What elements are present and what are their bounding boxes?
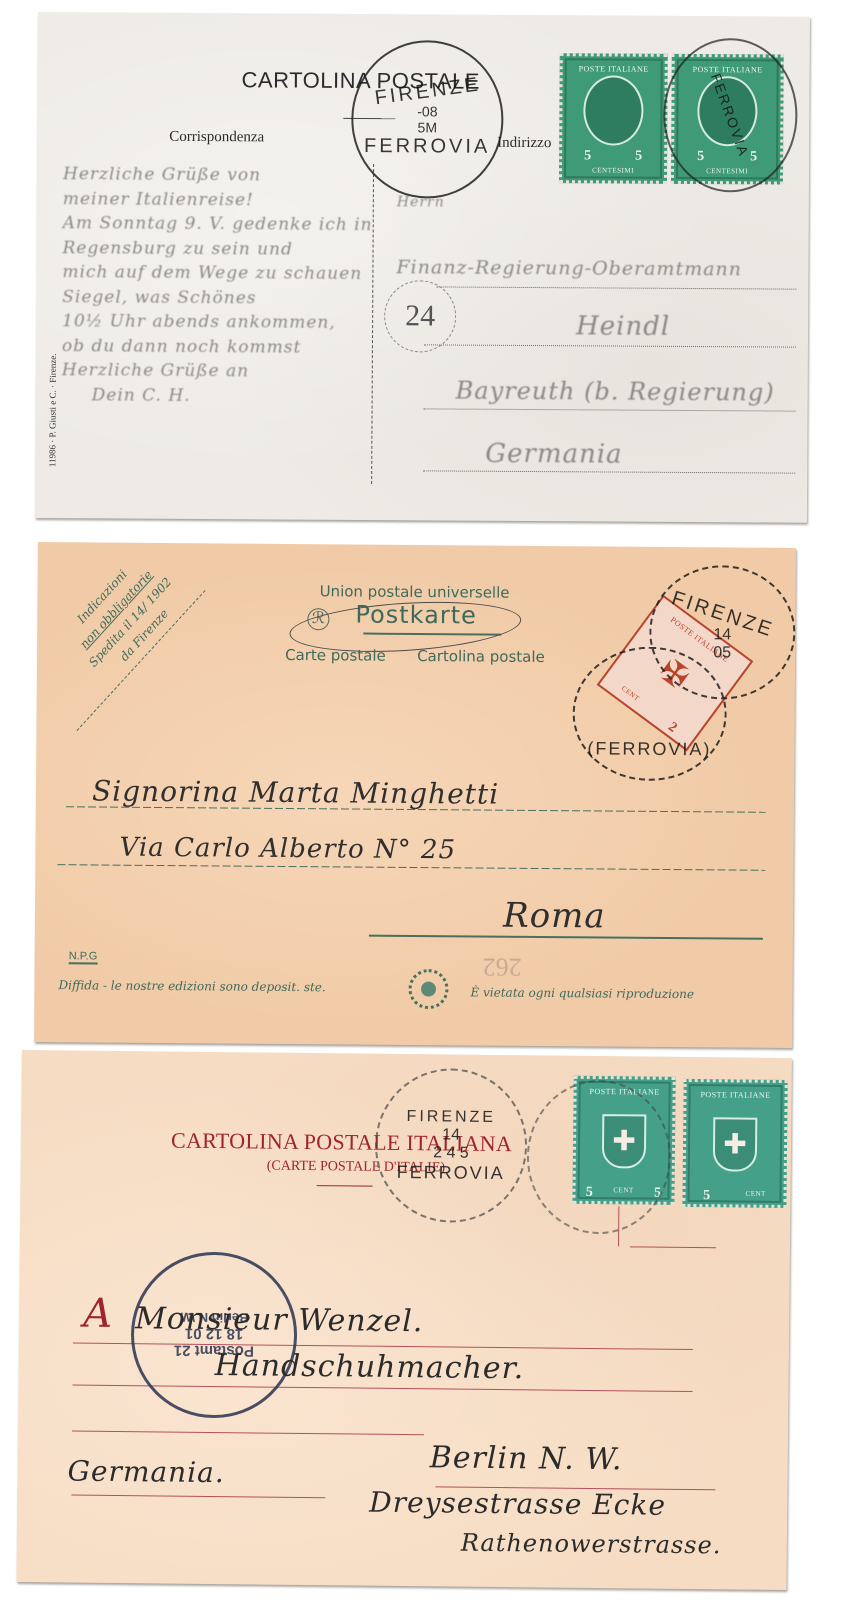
postmark-firenze-ferrovia: FIRENZE 14 2 4 5 FERROVIA (374, 1068, 528, 1224)
publisher-imprint: 11986 · P. Giusti e C. · Firenze. (47, 353, 58, 467)
stamp-box-rule (630, 1246, 716, 1248)
postmark-year: 05 (713, 644, 731, 662)
savoy-cross-icon: ✚ (713, 1117, 758, 1171)
address-line: Germania (485, 439, 622, 470)
country-line: Germania. (67, 1455, 224, 1490)
address-prefix: A (83, 1291, 113, 1337)
address-line: Finanz-Regierung-Oberamtmann (396, 256, 742, 280)
postmark-firenze-ferrovia: FIRENZE -08 5M FERROVIA (351, 40, 504, 199)
address-line: Berlin N. W. (430, 1440, 623, 1477)
stamp-box-rule (618, 1206, 619, 1246)
address-line: Rathenowerstrasse. (461, 1529, 722, 1560)
stamp-footer: CENT (746, 1190, 766, 1198)
postcard-1-cartolina-postale: CARTOLINA POSTALE Corrispondenza Indiriz… (35, 12, 810, 523)
portrait-icon (583, 76, 643, 146)
postmark-time: 2 4 5 (433, 1144, 469, 1162)
postage-stamp: POSTE ITALIANE 5 5 CENTESIMI (559, 53, 668, 184)
message-line: Regensburg zu sein und (62, 236, 382, 262)
message-line: meiner Italienreise! (63, 187, 383, 213)
address-dotted-line (436, 286, 796, 289)
postage-stamp-savoy: POSTE ITALIANE ✚ 5 CENT (682, 1079, 787, 1208)
message-line: Herzliche Grüße an (62, 358, 382, 384)
postmark-station: FERROVIA (364, 135, 490, 159)
stamp-value: 5 (635, 148, 642, 164)
address-line: Via Carlo Alberto N° 25 (119, 833, 456, 866)
address-dotted-line (424, 344, 796, 347)
publisher-seal-icon (408, 969, 448, 1009)
message-line: Herzliche Grüße von (63, 162, 383, 188)
stamp-value: 5 (584, 148, 591, 164)
address-line: Handschuhmacher. (215, 1348, 525, 1386)
address-rule (71, 1495, 325, 1499)
postmark-on-stamp: FERROVIA (663, 38, 798, 193)
postmark-date: 14 (442, 1126, 460, 1144)
address-label: Indirizzo (497, 135, 551, 152)
handwritten-message: Herzliche Grüße von meiner Italienreise!… (62, 162, 383, 409)
address-line: Bayreuth (b. Regierung) (456, 377, 775, 407)
address-line: Signorina Marta Minghetti (92, 774, 499, 810)
postmark-station: FERROVIA (708, 71, 753, 159)
message-line: ob du dann noch kommst (62, 334, 382, 360)
cartolina-postale-label: Cartolina postale (417, 647, 545, 666)
stamp-header: POSTE ITALIANE (700, 1090, 770, 1100)
publisher-mark: N.P.G (69, 950, 98, 964)
postmark-station: FERROVIA (397, 1161, 505, 1183)
postcard-3-cartolina-postale-italiana: CARTOLINA POSTALE ITALIANA (CARTE POSTAL… (16, 1050, 792, 1590)
postmark-date: -08 (417, 103, 437, 119)
message-line: 10½ Uhr abends ankommen, (62, 309, 382, 335)
copyright-notice: Diffida - le nostre edizioni sono deposi… (58, 978, 325, 994)
union-postale-heading: Union postale universelle (320, 582, 510, 601)
address-line: Dreysestrasse Ecke (369, 1486, 666, 1522)
receiving-mark: 24 (384, 280, 456, 352)
postmark-second (526, 1079, 672, 1234)
faint-number-stamp: 262 (483, 952, 522, 982)
sender-notes: Indicazioni non obbligatorie Spedita il … (38, 528, 278, 768)
postmark-ferrovia: (FERROVIA) (572, 646, 727, 781)
address-line: Roma (503, 896, 606, 937)
stamp-value: 5 (703, 1188, 710, 1204)
postmark-station: (FERROVIA) (587, 738, 711, 760)
stamp-header: POSTE ITALIANE (579, 64, 649, 73)
address-rule (57, 864, 765, 871)
carte-postale-label: Carte postale (285, 646, 386, 665)
postmark-time: 5M (418, 119, 438, 135)
postmark-city: FIRENZE (406, 1108, 496, 1127)
address-line: Heindl (576, 311, 670, 342)
postcard-2-postkarte: Indicazioni non obbligatorie Spedita il … (34, 542, 796, 1048)
address-rule (72, 1431, 424, 1436)
stamp-footer: CENTESIMI (592, 166, 634, 174)
title-underline (317, 1185, 373, 1187)
message-line: Dein C. H. (62, 383, 382, 409)
reproduction-notice: È vietata ogni qualsiasi riproduzione (470, 985, 694, 1001)
address-line: Monsieur Wenzel. (135, 1301, 424, 1339)
address-dotted-line (423, 470, 795, 473)
message-line: Siegel, was Schönes (62, 285, 382, 311)
message-line: mich auf dem Wege zu schauen (62, 260, 382, 286)
correspondence-label: Corrispondenza (169, 129, 264, 147)
message-line: Am Sonntag 9. V. gedenke ich in (63, 211, 383, 237)
address-dotted-line (424, 408, 796, 411)
